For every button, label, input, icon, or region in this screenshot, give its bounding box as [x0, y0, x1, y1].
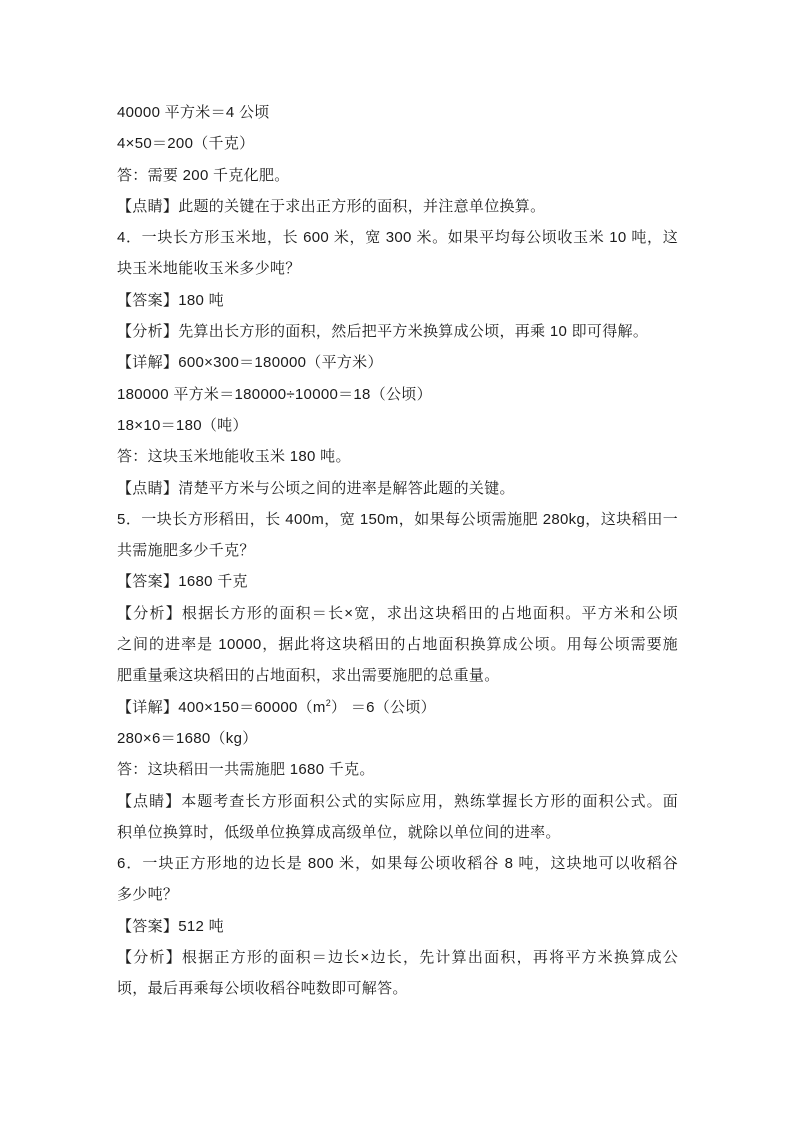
- document-line: 肥重量乘这块稻田的占地面积，求出需要施肥的总重量。: [117, 660, 678, 691]
- document-line: 40000 平方米＝4 公顷: [117, 97, 678, 128]
- document-line: 【答案】180 吨: [117, 285, 678, 316]
- document-line: 之间的进率是 10000，据此将这块稻田的占地面积换算成公顷。用每公顷需要施: [117, 629, 678, 660]
- document-line: 【分析】根据正方形的面积＝边长×边长，先计算出面积，再将平方米换算成公: [117, 942, 678, 973]
- document-line: 【答案】1680 千克: [117, 566, 678, 597]
- document-line: 积单位换算时，低级单位换算成高级单位，就除以单位间的进率。: [117, 817, 678, 848]
- document-line: 【分析】先算出长方形的面积，然后把平方米换算成公顷，再乘 10 即可得解。: [117, 316, 678, 347]
- document-line: 块玉米地能收玉米多少吨？: [117, 253, 678, 284]
- document-line: 【分析】根据长方形的面积＝长×宽，求出这块稻田的占地面积。平方米和公顷: [117, 598, 678, 629]
- document-content: 40000 平方米＝4 公顷4×50＝200（千克）答：需要 200 千克化肥。…: [117, 97, 678, 1005]
- document-line: 180000 平方米＝180000÷10000＝18（公顷）: [117, 379, 678, 410]
- document-line: 【点睛】清楚平方米与公顷之间的进率是解答此题的关键。: [117, 473, 678, 504]
- document-page: 40000 平方米＝4 公顷4×50＝200（千克）答：需要 200 千克化肥。…: [0, 0, 793, 1122]
- document-line: 【详解】400×150＝60000（m2） ＝6（公顷）: [117, 692, 678, 723]
- document-line: 【详解】600×300＝180000（平方米）: [117, 347, 678, 378]
- document-line: 共需施肥多少千克？: [117, 535, 678, 566]
- superscript: 2: [326, 698, 331, 708]
- document-line: 答：需要 200 千克化肥。: [117, 160, 678, 191]
- document-line: 顷，最后再乘每公顷收稻谷吨数即可解答。: [117, 973, 678, 1004]
- document-line: 【答案】512 吨: [117, 911, 678, 942]
- document-line: 4×50＝200（千克）: [117, 128, 678, 159]
- document-line: 280×6＝1680（kg）: [117, 723, 678, 754]
- document-line: 6．一块正方形地的边长是 800 米，如果每公顷收稻谷 8 吨，这块地可以收稻谷: [117, 848, 678, 879]
- document-line: 【点睛】此题的关键在于求出正方形的面积，并注意单位换算。: [117, 191, 678, 222]
- document-line: 4．一块长方形玉米地，长 600 米，宽 300 米。如果平均每公顷收玉米 10…: [117, 222, 678, 253]
- document-line: 5．一块长方形稻田，长 400m，宽 150m，如果每公顷需施肥 280kg，这…: [117, 504, 678, 535]
- document-line: 答：这块稻田一共需施肥 1680 千克。: [117, 754, 678, 785]
- document-line: 18×10＝180（吨）: [117, 410, 678, 441]
- document-line: 【点睛】本题考查长方形面积公式的实际应用，熟练掌握长方形的面积公式。面: [117, 786, 678, 817]
- document-line: 多少吨？: [117, 879, 678, 910]
- document-line: 答：这块玉米地能收玉米 180 吨。: [117, 441, 678, 472]
